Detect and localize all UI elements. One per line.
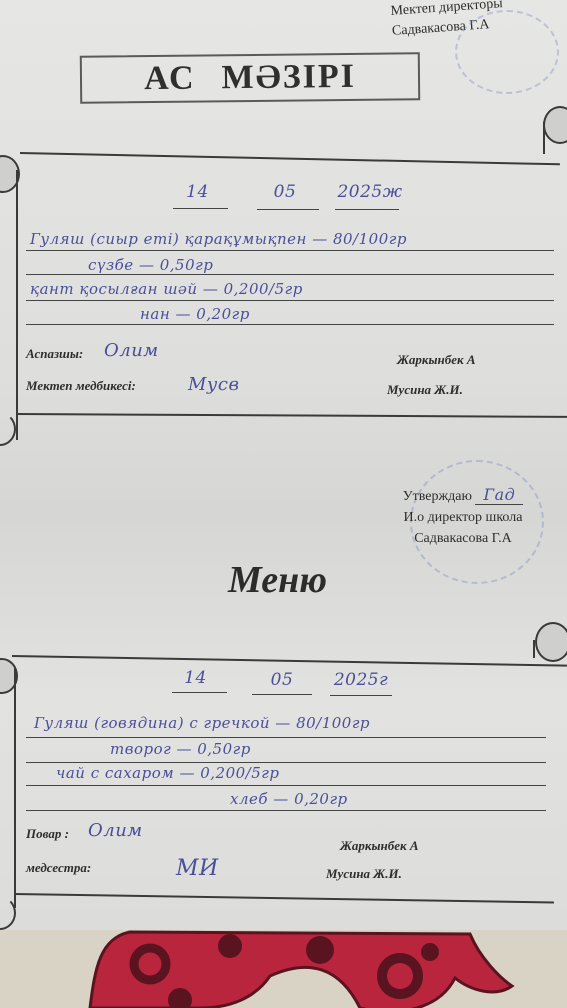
- russian-cook-name: Жаркынбек А: [340, 838, 419, 854]
- kazakh-title-word2: МӘЗІРІ: [221, 58, 356, 97]
- kazakh-nurse-signature: Мусв: [188, 374, 239, 395]
- russian-approval-block: Утверждаю Гад И.о директор школа Садвака…: [368, 484, 558, 549]
- kazakh-title-word1: АС: [144, 60, 196, 99]
- russian-menu-item: Гуляш (говядина) с гречкой — 80/100гр: [34, 714, 370, 732]
- russian-menu-item: творог — 0,50гр: [110, 740, 251, 758]
- kazakh-nurse-name: Мусина Ж.И.: [387, 382, 463, 398]
- kazakh-date-day: 14: [170, 182, 225, 202]
- kazakh-menu-item: сүзбе — 0,50гр: [88, 256, 213, 274]
- kazakh-cook-name: Жаркынбек А: [397, 352, 476, 368]
- russian-nurse-name: Мусина Ж.И.: [326, 866, 402, 882]
- kazakh-ornament-icon: [0, 928, 567, 1008]
- russian-nurse-signature: МИ: [176, 856, 219, 881]
- russian-approval-director-name: Садвакасова Г.А: [368, 528, 558, 549]
- russian-date-day: 14: [168, 668, 223, 688]
- kazakh-menu-item: қант қосылған шәй — 0,200/5гр: [30, 280, 303, 298]
- russian-date-month: 05: [252, 670, 312, 690]
- kazakh-date-month: 05: [255, 182, 315, 202]
- kazakh-stamp: [455, 10, 559, 94]
- russian-nurse-label: медсестра:: [26, 860, 91, 876]
- russian-approval-position: И.о директор школа: [368, 507, 558, 528]
- kazakh-menu-item: нан — 0,20гр: [140, 305, 250, 323]
- kazakh-date-year: 2025ж: [335, 182, 405, 202]
- russian-date-year: 2025г: [326, 670, 396, 690]
- kazakh-cook-signature: Олим: [104, 340, 159, 361]
- russian-menu-item: хлеб — 0,20гр: [230, 790, 348, 808]
- kazakh-menu-item: Гуляш (сиыр еті) қарақұмықпен — 80/100гр: [30, 230, 407, 248]
- russian-cook-label: Повар :: [26, 826, 69, 842]
- kazakh-nurse-label: Мектеп медбикесі:: [26, 378, 136, 394]
- kazakh-title-box: АС МӘЗІРІ: [80, 52, 420, 104]
- kazakh-cook-label: Аспазшы:: [26, 346, 83, 362]
- russian-approval-title: Утверждаю: [403, 489, 472, 504]
- russian-menu-item: чай с сахаром — 0,200/5гр: [56, 764, 279, 782]
- russian-cook-signature: Олим: [88, 820, 143, 841]
- russian-menu-title: Меню: [228, 558, 327, 602]
- russian-approval-signature: Гад: [475, 485, 523, 505]
